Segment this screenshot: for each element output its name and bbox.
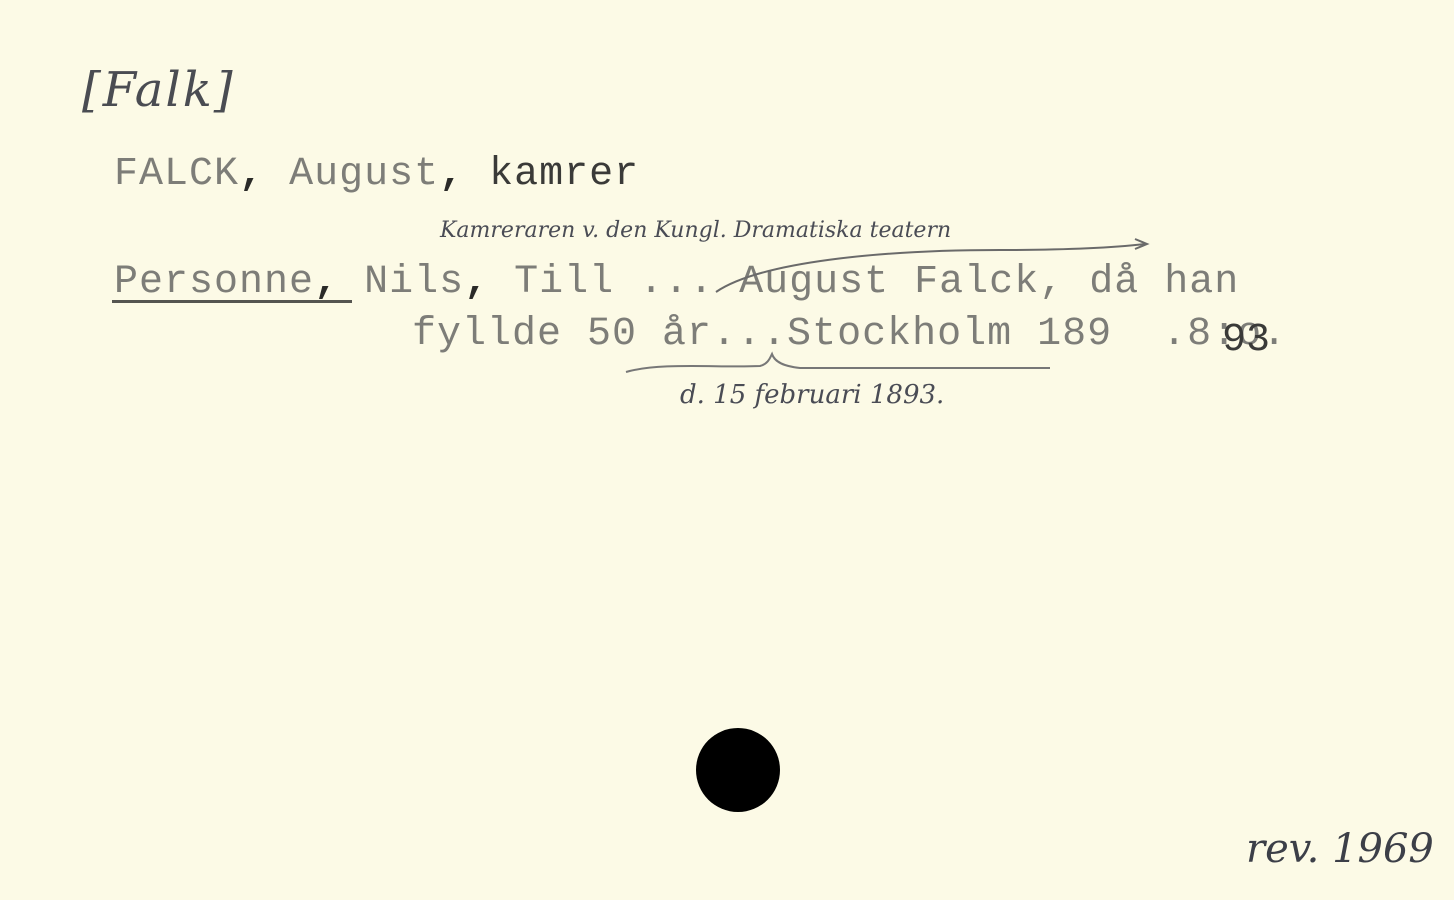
comma-separator: ,	[439, 152, 464, 197]
insertion-arrowhead	[1135, 239, 1147, 249]
author-line: Personne, Nils, Till ... August Falck, d…	[114, 260, 1239, 305]
handwritten-heading: [Falk]	[82, 62, 235, 118]
occupation: kamrer	[489, 152, 639, 197]
author-surname: Personne	[114, 260, 314, 305]
continuation-text: fyllde 50 år...Stockholm 189	[412, 312, 1112, 357]
author-given-name: Nils	[364, 260, 464, 305]
surname: FALCK	[114, 152, 239, 197]
comma-separator: ,	[239, 152, 264, 197]
handwritten-annotation-above: Kamreraren v. den Kungl. Dramatiska teat…	[440, 218, 951, 243]
year-overtype: 93	[1222, 318, 1270, 363]
given-name: August	[289, 152, 439, 197]
author-underline	[112, 300, 352, 303]
punch-hole	[696, 728, 780, 812]
catalog-card: [Falk] FALCK, August, kamrer Kamreraren …	[0, 0, 1454, 900]
comma-separator: ,	[314, 260, 339, 305]
continuation-line: fyllde 50 år...Stockholm 18993.8:o.	[412, 312, 1287, 357]
revision-note: rev. 1969	[1246, 826, 1434, 872]
handwritten-annotation-below: d. 15 februari 1893.	[680, 380, 944, 410]
title-line: FALCK, August, kamrer	[114, 152, 639, 197]
title-text: Till ... August Falck, då han	[514, 260, 1239, 305]
comma-separator: ,	[464, 260, 489, 305]
